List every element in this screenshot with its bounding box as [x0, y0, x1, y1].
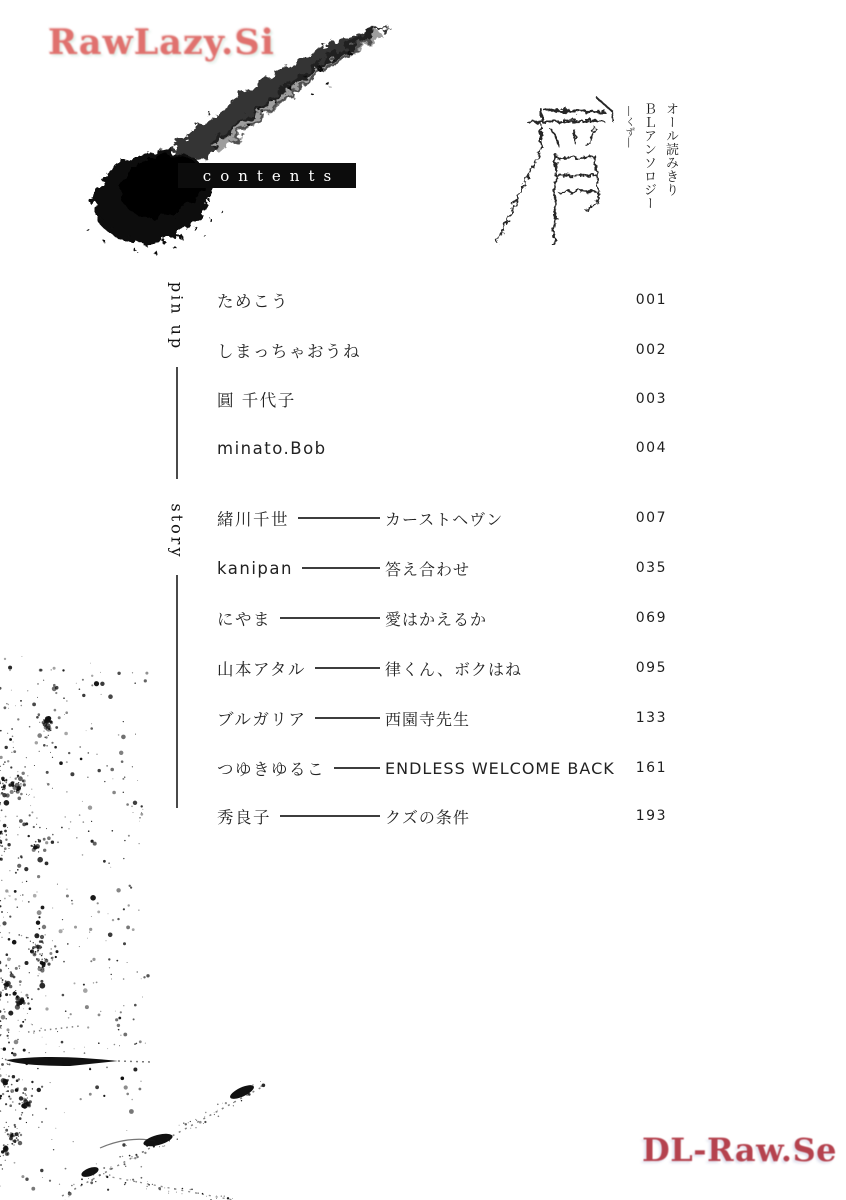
toc-author: 緒川千世 — [217, 506, 289, 530]
toc-row-story-2: kanipan 答え合わせ 035 — [217, 555, 667, 581]
toc-author: しまっちゃおうね — [217, 338, 361, 362]
toc-page-number: 001 — [636, 292, 667, 308]
toc-title: 西園寺先生 — [385, 707, 470, 730]
toc-author: ブルガリア — [217, 706, 306, 730]
toc-row-story-6: つゆきゆるこ ENDLESS WELCOME BACK 161 — [217, 755, 667, 781]
leader-line — [334, 767, 380, 769]
toc-page-number: 133 — [636, 710, 667, 726]
watermark-bottom-right: DL-Raw.Se — [642, 1131, 837, 1169]
toc-row-pinup-1: ためこう 001 — [217, 287, 667, 313]
toc-author: 圓 千代子 — [217, 387, 296, 411]
contents-title-box: contents — [178, 163, 356, 188]
toc-page-number: 004 — [636, 440, 667, 456]
toc-title: 答え合わせ — [385, 557, 470, 580]
toc-row-pinup-4: minato.Bob 004 — [217, 435, 667, 461]
toc-author: minato.Bob — [217, 439, 327, 458]
toc-page-number: 035 — [636, 560, 667, 576]
toc-page-number: 003 — [636, 391, 667, 407]
logo-subtitle-line1: オール読みきり — [661, 102, 680, 282]
logo-subtitle-block: オール読みきり ＢＬアンソロジー ―くず― — [618, 102, 683, 282]
toc-page: RawLazy.Si — [0, 0, 846, 1200]
toc-row-story-4: 山本アタル 律くん、ボクはね 095 — [217, 655, 667, 681]
toc-author: 秀良子 — [217, 804, 271, 828]
toc-author: kanipan — [217, 559, 293, 578]
logo-subtitle-line2: ＢＬアンソロジー — [639, 102, 658, 282]
pinup-section-line — [176, 367, 178, 479]
toc-title: クズの条件 — [385, 805, 470, 828]
toc-author: にやま — [217, 606, 271, 630]
toc-page-number: 095 — [636, 660, 667, 676]
leader-line — [280, 815, 380, 817]
kuzu-kanji-logo-icon — [475, 88, 625, 253]
toc-row-story-5: ブルガリア 西園寺先生 133 — [217, 705, 667, 731]
toc-title: 愛はかえるか — [385, 607, 487, 630]
toc-page-number: 002 — [636, 342, 667, 358]
leader-line — [298, 517, 380, 519]
contents-title: contents — [194, 167, 340, 185]
toc-author: ためこう — [217, 288, 289, 312]
leader-line — [315, 667, 380, 669]
toc-row-story-1: 緒川千世 カーストヘヴン 007 — [217, 505, 667, 531]
leader-line — [302, 567, 380, 569]
toc-page-number: 193 — [636, 808, 667, 824]
leader-line — [280, 617, 380, 619]
toc-title: カーストヘヴン — [385, 507, 503, 530]
toc-row-story-7: 秀良子 クズの条件 193 — [217, 803, 667, 829]
toc-row-story-3: にやま 愛はかえるか 069 — [217, 605, 667, 631]
toc-title: ENDLESS WELCOME BACK — [385, 759, 615, 778]
toc-title: 律くん、ボクはね — [385, 657, 522, 680]
toc-page-number: 069 — [636, 610, 667, 626]
leader-line — [315, 717, 380, 719]
toc-author: 山本アタル — [217, 656, 306, 680]
section-label-pinup: pin up — [168, 272, 187, 362]
toc-author: つゆきゆるこ — [217, 756, 325, 780]
logo-subtitle-line3: ―くず― — [621, 102, 636, 282]
toc-page-number: 007 — [636, 510, 667, 526]
section-label-story: story — [168, 492, 187, 572]
watermark-top-left: RawLazy.Si — [48, 22, 275, 63]
toc-row-pinup-3: 圓 千代子 003 — [217, 386, 667, 412]
story-section-line — [176, 575, 178, 808]
toc-page-number: 161 — [636, 760, 667, 776]
toc-row-pinup-2: しまっちゃおうね 002 — [217, 337, 667, 363]
